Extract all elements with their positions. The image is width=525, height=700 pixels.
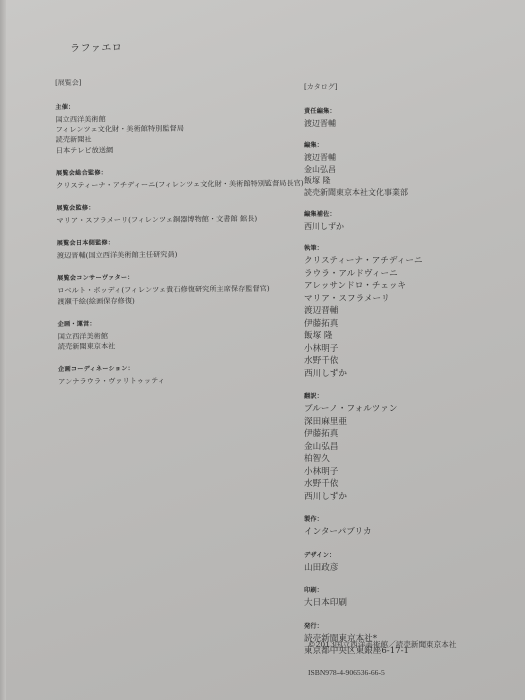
credit-name: ブルーノ・フォルツァン (304, 403, 519, 416)
credit-name: 山田政彦 (304, 562, 519, 575)
credit-name: 水野千依 (304, 478, 519, 491)
credit-name: 渡瀬千絵(絵画保存修復) (57, 294, 292, 307)
exhibition-credit-group: 企画コーディネーション：アンナラウラ・ヴァリトゥッティ (58, 362, 293, 388)
isbn: ISBN978-4-906536-66-5 (308, 668, 385, 677)
credit-name: マリア・スフラメーリ (304, 293, 519, 306)
credit-name: 読売新聞東京本社 (58, 340, 293, 353)
catalog-credit-group: 編集：渡辺晋輔金山弘昌飯塚 隆読売新聞東京本社文化事業部 (304, 140, 519, 198)
credit-label: 編集： (304, 140, 519, 149)
credit-name: 伊藤拓真 (304, 318, 519, 331)
exhibition-credit-group: 展覧会日本側監修：渡辺晋輔(国立西洋美術館主任研究員) (57, 236, 292, 262)
credit-label: 発行： (304, 621, 519, 630)
credit-label: 展覧会総合監修： (56, 165, 291, 176)
copyright-notice: ©2013国立西洋美術館／読売新聞東京本社 (308, 639, 456, 650)
credit-name: 小林明子 (304, 343, 519, 356)
credit-label: 製作： (304, 514, 519, 523)
credit-label: 展覧会監修： (56, 201, 291, 212)
exhibition-credit-group: 主催：国立西洋美術館フィレンツェ文化財・美術館特別監督局読売新聞社日本テレビ放送… (55, 100, 291, 156)
credit-name: クリスティーナ・アチディーニ (304, 255, 519, 268)
credit-label: 翻訳： (304, 391, 519, 400)
credit-label: 執筆： (304, 243, 519, 252)
catalog-credit-group: 翻訳：ブルーノ・フォルツァン深田麻里亜伊藤拓真金山弘昌柏智久小林明子水野千依西川… (304, 391, 519, 503)
catalog-heading: [カタログ] (304, 82, 519, 92)
exhibition-credit-group: 展覧会監修：マリア・スフラメーリ(フィレンツェ銅器博物館・文書館 館長) (56, 201, 291, 227)
credit-name: 渡辺晋輔 (304, 305, 519, 318)
colophon-page: ラファエロ [展覧会] 主催：国立西洋美術館フィレンツェ文化財・美術館特別監督局… (0, 0, 525, 700)
credit-name: アレッサンドロ・チェッキ (304, 280, 519, 293)
credit-label: 展覧会コンサーヴァター： (57, 271, 292, 282)
catalog-credit-group: 執筆：クリスティーナ・アチディーニラウラ・アルドヴィーニアレッサンドロ・チェッキ… (304, 243, 519, 380)
catalog-credit-group: 印刷：大日本印刷 (304, 585, 519, 610)
exhibition-heading: [展覧会] (55, 76, 290, 88)
catalog-credit-group: 責任編集：渡辺晋輔 (304, 106, 519, 129)
credit-name: アンナラウラ・ヴァリトゥッティ (58, 375, 293, 388)
exhibition-credit-group: 展覧会総合監修：クリスティーナ・アチディーニ(フィレンツェ文化財・美術館特別監督… (56, 165, 291, 191)
credit-label: 主催： (55, 100, 290, 111)
credit-name: 渡辺晋輔 (304, 118, 519, 129)
credit-name: 飯塚 隆 (304, 330, 519, 343)
credit-label: デザイン： (304, 550, 519, 559)
credit-label: 企画・運営： (58, 316, 293, 327)
credit-name: 日本テレビ放送網 (56, 143, 291, 156)
catalog-credit-group: 編集補佐：西川しずか (304, 209, 519, 232)
credit-name: 西川しずか (304, 221, 519, 232)
credit-name: 小林明子 (304, 466, 519, 479)
credit-name: クリスティーナ・アチディーニ(フィレンツェ文化財・美術館特別監督局長官) (56, 178, 291, 191)
credit-label: 企画コーディネーション： (58, 362, 293, 373)
exhibition-column: [展覧会] 主催：国立西洋美術館フィレンツェ文化財・美術館特別監督局読売新聞社日… (55, 76, 293, 400)
catalog-credit-group: デザイン：山田政彦 (304, 550, 519, 575)
credit-label: 責任編集： (304, 106, 519, 115)
exhibition-credit-group: 展覧会コンサーヴァター：ロベルト・ボッディ(フィレンツェ貴石修復研究所主席保存監… (57, 271, 292, 307)
credit-name: 渡辺晋輔(国立西洋美術館主任研究員) (57, 249, 292, 262)
credit-name: 西川しずか (304, 491, 519, 504)
exhibition-credit-group: 企画・運営：国立西洋美術館読売新聞東京本社 (58, 316, 293, 352)
credit-name: 西川しずか (304, 368, 519, 381)
credit-name: 金山弘昌 (304, 164, 519, 175)
credit-name: 柏智久 (304, 453, 519, 466)
credit-name: 伊藤拓真 (304, 428, 519, 441)
credit-name: マリア・スフラメーリ(フィレンツェ銅器博物館・文書館 館長) (56, 214, 291, 227)
catalog-column: [カタログ] 責任編集：渡辺晋輔編集：渡辺晋輔金山弘昌飯塚 隆読売新聞東京本社文… (304, 82, 519, 669)
credit-name: 渡辺晋輔 (304, 152, 519, 163)
credit-name: 水野千依 (304, 355, 519, 368)
credit-label: 印刷： (304, 585, 519, 594)
book-title: ラファエロ (70, 39, 123, 55)
credit-name: 金山弘昌 (304, 441, 519, 454)
credit-name: 飯塚 隆 (304, 175, 519, 186)
credit-name: ラウラ・アルドヴィーニ (304, 268, 519, 281)
credit-name: 読売新聞東京本社文化事業部 (304, 187, 519, 198)
credit-label: 展覧会日本側監修： (57, 236, 292, 247)
credit-name: 大日本印刷 (304, 597, 519, 610)
credit-name: 深田麻里亜 (304, 416, 519, 429)
catalog-credit-group: 製作：インターパブリカ (304, 514, 519, 539)
credit-name: インターパブリカ (304, 526, 519, 539)
credit-label: 編集補佐： (304, 209, 519, 218)
